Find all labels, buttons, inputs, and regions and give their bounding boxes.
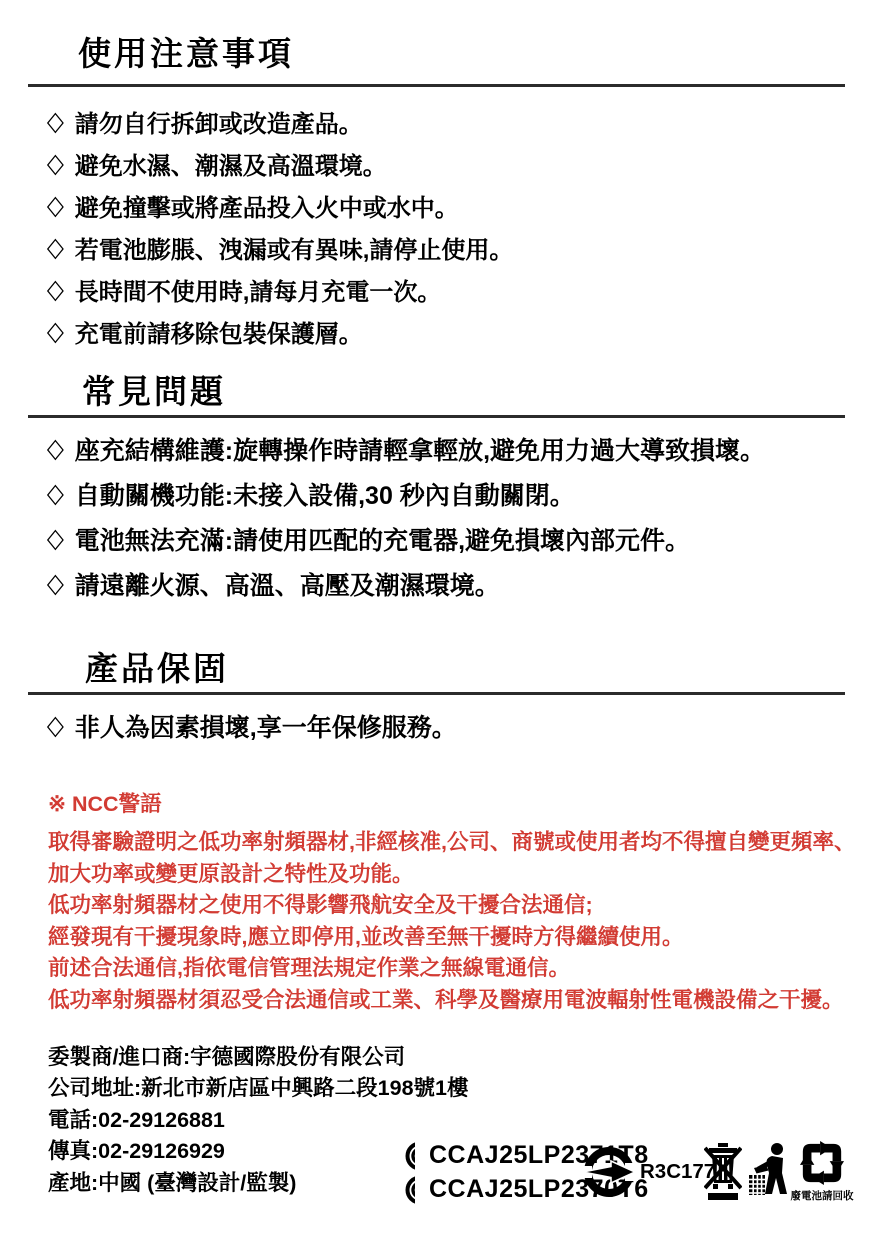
- ncc-warning-block: ※ NCC警語 取得審驗證明之低功率射頻器材,非經核准,公司、商號或使用者均不得…: [48, 789, 848, 1017]
- weee-crossed-bin-icon: [704, 1142, 742, 1200]
- section-title-faq: 常見問題: [82, 366, 226, 413]
- list-item-text: 請遠離火源、高溫、高壓及潮濕環境。: [75, 566, 500, 602]
- list-item: ◇ 電池無法充滿:請使用匹配的充電器,避免損壞內部元件。: [45, 516, 765, 561]
- ncc-mark-icon: [391, 1176, 421, 1204]
- list-item: ◇ 若電池膨脹、洩漏或有異味,請停止使用。: [45, 226, 513, 268]
- list-item-text: 充電前請移除包裝保護層。: [75, 314, 363, 349]
- list-item: ◇ 避免撞擊或將產品投入火中或水中。: [45, 184, 513, 226]
- list-item: ◇ 長時間不使用時,請每月充電一次。: [45, 268, 513, 310]
- ncc-warning-line: 取得審驗證明之低功率射頻器材,非經核准,公司、商號或使用者均不得擅自變更頻率、: [48, 827, 848, 859]
- list-item-text: 座充結構維護:旋轉操作時請輕拿輕放,避免用力過大導致損壞。: [75, 431, 765, 467]
- list-item: ◇ 自動關機功能:未接入設備,30 秒內自動關閉。: [45, 471, 765, 516]
- list-item-text: 請勿自行拆卸或改造產品。: [75, 104, 363, 139]
- section-title-warranty: 產品保固: [85, 643, 229, 690]
- diamond-bullet-icon: ◇: [47, 318, 64, 345]
- list-item: ◇ 座充結構維護:旋轉操作時請輕拿輕放,避免用力過大導致損壞。: [45, 426, 765, 471]
- section-divider: [28, 692, 845, 695]
- list-item-text: 自動關機功能:未接入設備,30 秒內自動關閉。: [75, 476, 575, 512]
- list-item: ◇ 請遠離火源、高溫、高壓及潮濕環境。: [45, 561, 765, 606]
- ncc-warning-line: 低功率射頻器材之使用不得影響飛航安全及干擾合法通信;: [48, 890, 848, 922]
- company-address: 公司地址:新北市新店區中興路二段198號1樓: [48, 1073, 469, 1104]
- company-manufacturer: 委製商/進口商:宇德國際股份有限公司: [48, 1042, 469, 1073]
- ncc-warning-line: 前述合法通信,指依電信管理法規定作業之無線電通信。: [48, 953, 848, 985]
- diamond-bullet-icon: ◇: [47, 570, 64, 597]
- diamond-bullet-icon: ◇: [47, 276, 64, 303]
- ncc-mark-icon: [391, 1142, 421, 1170]
- list-item: ◇ 非人為因素損壞,享一年保修服務。: [45, 703, 457, 748]
- list-item-text: 避免撞擊或將產品投入火中或水中。: [75, 188, 459, 223]
- list-item-text: 電池無法充滿:請使用匹配的充電器,避免損壞內部元件。: [75, 521, 690, 557]
- faq-list: ◇ 座充結構維護:旋轉操作時請輕拿輕放,避免用力過大導致損壞。 ◇ 自動關機功能…: [45, 426, 765, 606]
- manual-page: 使用注意事項 ◇ 請勿自行拆卸或改造產品。 ◇ 避免水濕、潮濕及高溫環境。 ◇ …: [0, 0, 875, 1241]
- list-item-text: 非人為因素損壞,享一年保修服務。: [75, 708, 457, 744]
- list-item-text: 若電池膨脹、洩漏或有異味,請停止使用。: [75, 230, 514, 265]
- diamond-bullet-icon: ◇: [47, 480, 64, 507]
- list-item: ◇ 請勿自行拆卸或改造產品。: [45, 100, 513, 142]
- ncc-warning-line: 經發現有干擾現象時,應立即停用,並改善至無干擾時方得繼續使用。: [48, 922, 848, 954]
- diamond-bullet-icon: ◇: [47, 525, 64, 552]
- ncc-warning-title: ※ NCC警語: [48, 789, 848, 819]
- ncc-warning-line: 加大功率或變更原設計之特性及功能。: [48, 859, 848, 891]
- diamond-bullet-icon: ◇: [47, 108, 64, 135]
- diamond-bullet-icon: ◇: [47, 150, 64, 177]
- battery-recycle-label: 廢電池請回收: [789, 1188, 855, 1203]
- diamond-bullet-icon: ◇: [47, 234, 64, 261]
- ncc-warning-line: 低功率射頻器材須忍受合法通信或工業、科學及醫療用電波輻射性電機設備之干擾。: [48, 985, 848, 1017]
- warranty-list: ◇ 非人為因素損壞,享一年保修服務。: [45, 703, 457, 748]
- battery-recycle-icon: [799, 1140, 845, 1186]
- list-item: ◇ 充電前請移除包裝保護層。: [45, 310, 513, 352]
- diamond-bullet-icon: ◇: [47, 435, 64, 462]
- diamond-bullet-icon: ◇: [47, 192, 64, 219]
- section-title-usage-notes: 使用注意事項: [78, 28, 294, 75]
- list-item: ◇ 避免水濕、潮濕及高溫環境。: [45, 142, 513, 184]
- usage-notes-list: ◇ 請勿自行拆卸或改造產品。 ◇ 避免水濕、潮濕及高溫環境。 ◇ 避免撞擊或將產…: [45, 100, 513, 352]
- bsmi-mark-icon: [582, 1145, 638, 1199]
- tidyman-icon: [747, 1142, 789, 1200]
- list-item-text: 長時間不使用時,請每月充電一次。: [75, 272, 442, 307]
- diamond-bullet-icon: ◇: [47, 712, 64, 739]
- section-divider: [28, 84, 845, 87]
- list-item-text: 避免水濕、潮濕及高溫環境。: [75, 146, 387, 181]
- company-phone: 電話:02-29126881: [48, 1105, 469, 1136]
- section-divider: [28, 415, 845, 418]
